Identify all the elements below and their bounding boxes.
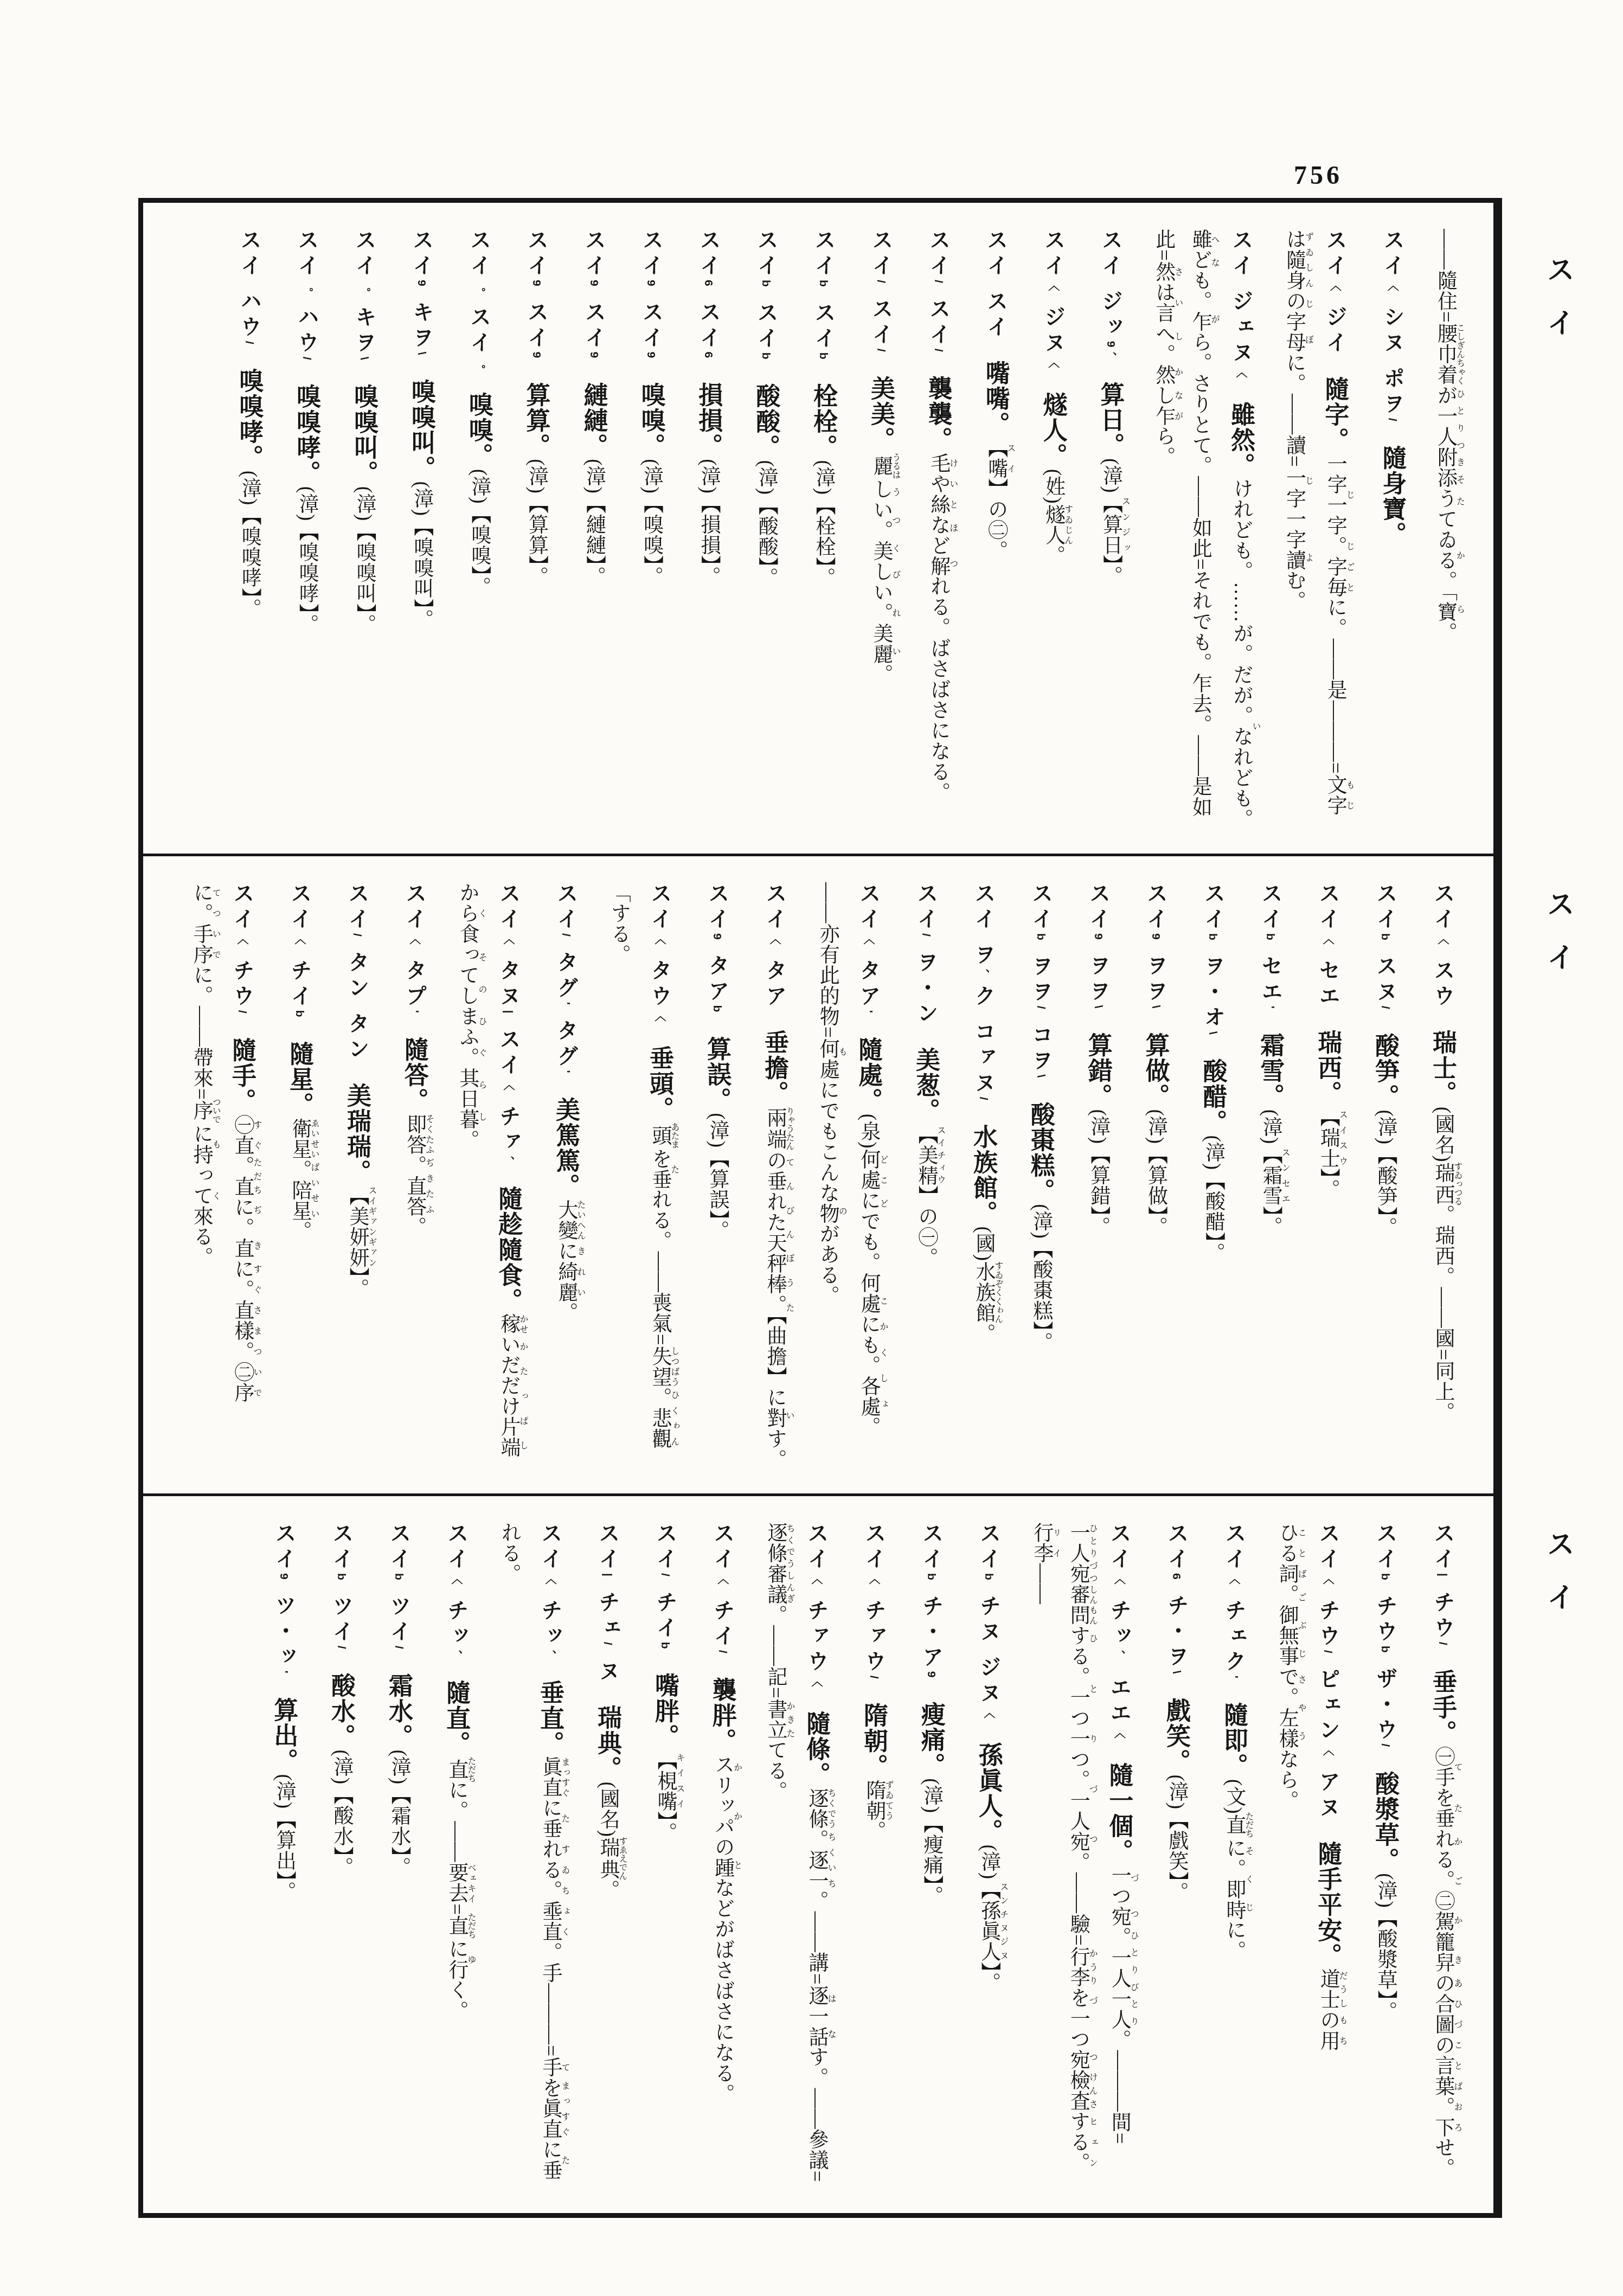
dictionary-entry: スイb スイb 酸酸。(漳)【酸酸】。 bbox=[743, 229, 787, 832]
entry-body: (漳)【損損】。 bbox=[697, 459, 720, 587]
entry-headword: 算出。 bbox=[270, 1698, 297, 1774]
entry-headword: 嗅嗅哮。 bbox=[235, 369, 262, 471]
entry-body: 【瑞士スイスウ】。 bbox=[1317, 1107, 1339, 1200]
entry-headword: 隨手。 bbox=[228, 1038, 255, 1114]
entry-body: (漳)【戲笑】。 bbox=[1165, 1774, 1188, 1902]
entry-reading: スイ/ チイb bbox=[653, 1522, 677, 1653]
entry-headword: 美瑞瑞。 bbox=[343, 1083, 370, 1185]
dictionary-entry: スイ〈 チウ/ 隨手。㊀直すぐ。直ただちに。直ぢきに。直樣すぐさま。㊁序ついでに… bbox=[183, 882, 264, 1472]
entry-headword: 襲胖。 bbox=[709, 1678, 736, 1754]
entry-body: (漳)【酸棗糕】。 bbox=[1030, 1204, 1052, 1352]
band-1: ——隨住=腰巾着こしぎんちゃくが一人附添ひとりつきそうてゐる。「寶たから。スイ〈… bbox=[143, 203, 1493, 854]
entry-reading: スイ〈 チッ、 bbox=[445, 1522, 468, 1660]
entry-body: (漳)【嗅嗅】。 bbox=[640, 459, 662, 587]
dictionary-entry: スイ〈 チイb 隨星。衛星ゑいせい。陪星ばいせい。 bbox=[277, 882, 321, 1472]
entry-headword: 損損。 bbox=[695, 382, 722, 459]
entry-headword: 酸酸。 bbox=[752, 384, 779, 460]
dictionary-entry: スイ〈 ジイ 隨字。一字一字じ。字毎じごとに。——是———=文字もじは隨身ずゐし… bbox=[1275, 229, 1356, 832]
entry-reading: スイ6 チ・ヲ\ bbox=[1165, 1522, 1188, 1678]
dictionary-entry: スイb スイb 栓栓。(漳)【栓栓】。 bbox=[800, 229, 845, 832]
entry-reading: スイb チ・ア9 bbox=[920, 1522, 943, 1682]
content-frame: ——隨住=腰巾着こしぎんちゃくが一人附添ひとりつきそうてゐる。「寶たから。スイ〈… bbox=[138, 198, 1502, 2218]
entry-reading: スイ〈 チェク' bbox=[1222, 1522, 1246, 1683]
dictionary-entry: スイb スヌ/ 酸笋。(漳)【酸笋】。 bbox=[1362, 882, 1407, 1472]
dictionary-page-scan: { "page": { "number": "756", "margin_tab… bbox=[0, 0, 1623, 2296]
dictionary-entry: スイ〈 タヌ| スイ〈 チァ、 隨趁隨食。稼かせいだだけ片端かたっぱしから食くっ… bbox=[449, 882, 530, 1472]
entry-headword: 酸棗糕。 bbox=[1027, 1102, 1054, 1204]
dictionary-entry: スイ〈 シヌ ポヲ/ 隨身寶。 bbox=[1369, 229, 1414, 832]
dictionary-entry: スイ/ スイ/ 美美。麗うるはしい。美うつくしい。美麗びれい。 bbox=[858, 229, 902, 832]
dictionary-entry: スイ/ タン タン 美瑞瑞。【美妍妍スイギァンギァン】。 bbox=[334, 882, 379, 1472]
dictionary-entry: スイ9 スイ9 嗅嗅。(漳)【嗅嗅】。 bbox=[628, 229, 673, 832]
dictionary-entry: スイ/ タグ' タグ' 美篤篤。大變たいへんに綺麗きれい。 bbox=[543, 882, 587, 1472]
entry-headword: 垂頭。 bbox=[646, 1046, 673, 1123]
entry-reading: スイ〈 タア bbox=[763, 882, 786, 1010]
entry-headword: 隨直。 bbox=[442, 1680, 470, 1756]
entry-reading: スイ ハウ/ bbox=[238, 229, 261, 349]
entry-reading: スイ6 スイ6 bbox=[697, 229, 720, 362]
dictionary-entry: スイb ヲ・オ\ 酸醋。(漳)【酸醋】。 bbox=[1190, 882, 1235, 1472]
dictionary-entry: スイ〈 セエ 瑞西。【瑞士スイスウ】。 bbox=[1305, 882, 1349, 1472]
dictionary-entry: スイ| チウ/ 垂手。㊀手てを垂たれる。㊁駕籠舁かごかきの合圖あひづの言葉ことば… bbox=[1420, 1522, 1464, 2189]
entry-body: (漳)【孫眞人スンチヌジヌ】。 bbox=[978, 1845, 1000, 1993]
entry-reading: スイ9 キヲ\ bbox=[410, 229, 433, 359]
entry-reading: スイ〈 チウ/ bbox=[230, 882, 254, 1018]
dictionary-entry: スイ ジッ9、 算日。(漳)【算日スンジッ】。 bbox=[1088, 229, 1132, 832]
entry-body: スリッパの踵かかとなどがばさばさになる。 bbox=[711, 1754, 734, 2105]
dictionary-entry: スイb ヲヲ/ コヲ\ 酸棗糕。(漳)【酸棗糕】。 bbox=[1018, 882, 1062, 1472]
dictionary-entry: スイ〈 タア' 隨處。(泉)何處どこにでも。何處どこにも。各處かくしょ。——亦有… bbox=[809, 882, 890, 1472]
entry-headword: 隨即。 bbox=[1220, 1703, 1247, 1779]
band-2: スイ〈 スウ 瑞士。(國名)瑞西すゐっつる。瑞西。——國=同上。スイb スヌ/ … bbox=[143, 854, 1493, 1493]
entry-headword: 美篤篤。 bbox=[552, 1098, 579, 1200]
entry-reading: スイb スイb bbox=[812, 229, 835, 364]
dictionary-entry: スイ〈 チッ、 垂直。眞直まっすぐに垂たれる。埀直すゐちょく。手———=手てを眞… bbox=[491, 1522, 572, 2189]
dictionary-entry: スイ9 ヲヲ\ 算錯。(漳)【算錯】。 bbox=[1075, 882, 1120, 1472]
dictionary-entry: スイ6 スイ6 損損。(漳)【損損】。 bbox=[685, 229, 730, 832]
entry-reading: スイ゜ ハウ/ bbox=[295, 229, 318, 364]
entry-body: (漳)【酸醋】。 bbox=[1202, 1136, 1224, 1264]
entry-reading: スイ〈 ジイ bbox=[1323, 229, 1346, 357]
entry-reading: スイ〈 チウ/ ピェン〈 アヌ bbox=[1316, 1522, 1339, 1821]
entry-body: 隋朝ずゐてう。 bbox=[863, 1780, 885, 1842]
entry-body: 【美妍妍スイギァンギァン】。 bbox=[346, 1185, 368, 1299]
entry-reading: スイ〈 タウ〈 bbox=[648, 882, 671, 1026]
entry-body: 大變たいへんに綺麗きれい。 bbox=[555, 1200, 577, 1323]
dictionary-entry: ——隨住=腰巾着こしぎんちゃくが一人附添ひとりつきそうてゐる。「寶たから。 bbox=[1427, 229, 1464, 832]
entry-body: 麗うるはしい。美うつくしい。美麗びれい。 bbox=[870, 453, 892, 685]
margin-tab-label: スイ bbox=[1538, 889, 1579, 996]
dictionary-entry: スイ〈 チェク' 隨即。(文)直ただちに。即時そくじに。 bbox=[1211, 1522, 1255, 2189]
dictionary-entry: スイb チ・ア9 瘦痛。(漳)【瘦痛】。 bbox=[908, 1522, 953, 2189]
dictionary-entry: スイ9 ツ・ッ' 算出。(漳)【算出】。 bbox=[261, 1522, 305, 2189]
dictionary-entry: スイ9 スイ9 縺縺。(漳)【縺縺】。 bbox=[571, 229, 615, 832]
entry-reading: スイ〈 チッ、 エエ〈 bbox=[1107, 1522, 1131, 1743]
entry-headword: 霜水。 bbox=[385, 1673, 412, 1750]
entry-headword: 算錯。 bbox=[1085, 1032, 1112, 1109]
dictionary-entry: スイ゜ ハウ/ 嗅嗅哮。(漳)【嗅嗅哮】。 bbox=[284, 229, 328, 832]
dictionary-entry: スイb ツイ/ 酸水。(漳)【酸水】。 bbox=[318, 1522, 363, 2189]
dictionary-entry: スイ〈 タア 垂擔。兩端りゃうたんの垂れた天秤棒てんびんぼう。【曲擔】に對たいす… bbox=[752, 882, 796, 1472]
entry-body: (漳)【算日スンジッ】。 bbox=[1100, 458, 1122, 586]
margin-tab-label: スイ bbox=[1538, 1529, 1579, 1636]
entry-body: (漳)【栓栓】。 bbox=[812, 460, 835, 588]
entry-headword: 隨星。 bbox=[286, 1042, 313, 1118]
dictionary-entry: スイ ジェヌ〈 雖然。けれども。……が。だが。なれども。雖いへども。乍ながら。さ… bbox=[1145, 229, 1263, 832]
entry-headword: 燧人。 bbox=[1040, 393, 1067, 469]
entry-reading: スイ〈 タア' bbox=[857, 882, 880, 1017]
dictionary-entry: スイ〈 チイ/ 襲胖。スリッパの踵かかとなどがばさばさになる。 bbox=[700, 1522, 744, 2189]
entry-reading: スイ〈 チァウ/ bbox=[862, 1522, 886, 1683]
dictionary-entry: スイ/ チイb 嘴胖。【梘嘴キイスイ】。 bbox=[642, 1522, 687, 2189]
entry-reading: スイ〈 シヌ ポヲ/ bbox=[1381, 229, 1404, 426]
entry-reading: スイ ジッ9、 bbox=[1099, 229, 1122, 362]
entry-headword: 嗅嗅叫。 bbox=[350, 384, 377, 486]
entry-body: (漳)【酸笋】。 bbox=[1374, 1110, 1396, 1238]
entry-reading: スイ/ スイ/ bbox=[927, 229, 950, 356]
dictionary-entry: スイ9 スイ9 算算。(漳)【算算】。 bbox=[514, 229, 558, 832]
dictionary-entry: スイ/ ヲ・ン 美葱。【美精スイチィウ】の㊀。 bbox=[903, 882, 947, 1472]
entry-reading: スイ9 スイ9 bbox=[582, 229, 606, 362]
entry-reading: スイ/ タグ' タグ' bbox=[554, 882, 578, 1078]
entry-body: (漳)【酸酸】。 bbox=[755, 460, 777, 588]
entry-headword: 嗅嗅。 bbox=[465, 393, 492, 469]
entry-reading: スイ〈 タプ' bbox=[403, 882, 426, 1017]
dictionary-entry: スイ゜ キヲ\ 嗅嗅叫。(漳)【嗅嗅叫】。 bbox=[341, 229, 386, 832]
dictionary-entry: スイ〈 チッ、 隨直。直ただちに。——要去ベェキイ=直ただちに行ゆく。 bbox=[433, 1522, 478, 2189]
entry-body: 衛星ゑいせい。陪星ばいせい。 bbox=[288, 1118, 311, 1242]
entry-headword: 雖然。 bbox=[1227, 402, 1254, 479]
entry-headword: 隋朝。 bbox=[860, 1703, 887, 1780]
entry-body: (文)直ただちに。即時そくじに。 bbox=[1223, 1779, 1245, 1961]
dictionary-entry: スイ〈 タプ' 隨答。即答そくたふ。直答ぢきたふ。 bbox=[392, 882, 436, 1472]
entry-headword: 算算。 bbox=[523, 382, 550, 459]
entry-headword: 酸笋。 bbox=[1371, 1034, 1399, 1110]
entry-headword: 隨字。 bbox=[1321, 377, 1348, 453]
entry-reading: スイb セエ' bbox=[1259, 882, 1282, 1013]
entry-body: (國)水族館すゐぞくくゎん。 bbox=[972, 1227, 995, 1344]
entry-headword: 垂直。 bbox=[536, 1680, 563, 1756]
dictionary-entry: スイ ハウ/ 嗅嗅哮。(漳)【嗅嗅哮】。 bbox=[226, 229, 271, 832]
entry-reading: スイ9 ヲヲ\ bbox=[1087, 882, 1110, 1012]
entry-body: (漳)【嗅嗅叫】。 bbox=[353, 486, 375, 635]
entry-body: (漳)【霜雪スンセエ】。 bbox=[1259, 1109, 1281, 1237]
entry-headword: 垂擔。 bbox=[761, 1030, 788, 1107]
entry-body: 毛けや絲いとなど解ほつれる。ばさばさになる。 bbox=[927, 453, 950, 803]
entry-body: (漳)【算誤】。 bbox=[706, 1113, 728, 1241]
entry-reading: スイ9 ヲヲ\ bbox=[1144, 882, 1167, 1012]
entry-reading: スイ〈 チイb bbox=[288, 882, 311, 1022]
entry-headword: 嗅嗅哮。 bbox=[293, 384, 320, 486]
entry-reading: スイ〈 タヌ| スイ〈 チァ、 bbox=[497, 882, 520, 1166]
entry-headword: 隨條。 bbox=[803, 1711, 830, 1788]
entry-reading: スイ スイ bbox=[984, 229, 1008, 341]
dictionary-entry: スイ〈 チァウ〈 隨條。逐條ちくでう。逐一ちくいち。——講=逐一話はなす。——參… bbox=[757, 1522, 838, 2189]
entry-body: 【嘴スイ】の㊁。 bbox=[985, 438, 1007, 561]
entry-body: (姓)燧人すゐじん。 bbox=[1042, 469, 1064, 566]
entry-reading: スイ ジェヌ〈 bbox=[1229, 229, 1253, 382]
entry-reading: スイ〈 ジヌ〈 bbox=[1042, 229, 1065, 373]
dictionary-entry: スイ〈 スウ 瑞士。(國名)瑞西すゐっつる。瑞西。——國=同上。 bbox=[1420, 882, 1464, 1472]
entry-reading: スイ〈 スウ bbox=[1431, 882, 1454, 1010]
dictionary-entry: スイ ヲ、ク コァヌ/ 水族館。(國)水族館すゐぞくくゎん。 bbox=[960, 882, 1005, 1472]
entry-headword: 算做。 bbox=[1142, 1032, 1169, 1109]
dictionary-entry: スイ〈 チウ/ ピェン〈 アヌ 隨手平安。道士だうしの用もちひる詞ことば。御無事… bbox=[1268, 1522, 1349, 2189]
entry-headword: 酸醋。 bbox=[1199, 1059, 1226, 1136]
entry-reading: スイb ツイ/ bbox=[387, 1522, 410, 1653]
dictionary-entry: スイ スイ 嘴嘴。【嘴スイ】の㊁。 bbox=[973, 229, 1017, 832]
entry-reading: スイ〈 チァウ〈 bbox=[805, 1522, 828, 1691]
entry-body: (漳)【算算】。 bbox=[525, 459, 548, 587]
dictionary-entry: スイ゜ スイ゜ 嗅嗅。(漳)【嗅嗅】。 bbox=[456, 229, 501, 832]
entry-reading: スイ| チウ/ bbox=[1431, 1522, 1454, 1650]
entry-headword: 瑞士。 bbox=[1429, 1030, 1456, 1107]
entry-reading: スイb スヌ/ bbox=[1374, 882, 1397, 1014]
entry-body: (漳)【算錯】。 bbox=[1087, 1109, 1109, 1237]
entry-body: (漳)【瘦痛】。 bbox=[920, 1778, 942, 1906]
entry-reading: スイ゜ スイ゜ bbox=[467, 229, 491, 373]
entry-headword: 美美。 bbox=[867, 376, 894, 453]
entry-reading: スイ/ ヲ・ン bbox=[914, 882, 938, 1028]
entry-reading: スイ9 スイ9 bbox=[525, 229, 548, 362]
entry-headword: 嘴胖。 bbox=[651, 1673, 678, 1750]
dictionary-entry: スイ9 キヲ\ 嗅嗅叫。(漳)【嗅嗅叫】。 bbox=[399, 229, 443, 832]
entry-headword: 嗅嗅叫。 bbox=[408, 379, 435, 481]
entry-body: (漳)【嗅嗅】。 bbox=[468, 469, 490, 597]
entry-headword: 瑞典。 bbox=[594, 1705, 621, 1781]
dictionary-entry: スイ9 ヲヲ\ 算做。(漳)【算做】。 bbox=[1133, 882, 1177, 1472]
entry-body: (漳)【酸漿草】。 bbox=[1374, 1873, 1396, 2022]
entry-body: (漳)【嗅嗅哮】。 bbox=[238, 471, 260, 619]
entry-headword: 瑞西。 bbox=[1314, 1030, 1341, 1107]
entry-headword: 瘦痛。 bbox=[918, 1702, 945, 1778]
dictionary-entry: スイ〈 ジヌ〈 燧人。(姓)燧人すゐじん。 bbox=[1030, 229, 1075, 832]
entry-body: ㊀手てを垂たれる。㊁駕籠舁かごかきの合圖あひづの言葉ことば。下おろせ。 bbox=[1432, 1746, 1454, 2179]
entry-headword: 隨一個。 bbox=[1105, 1763, 1132, 1865]
entry-body: 直ただちに。——要去ベェキイ=直ただちに行ゆく。 bbox=[445, 1756, 467, 2021]
entry-body: (漳)【縺縺】。 bbox=[583, 459, 605, 587]
dictionary-entry: スイ〈 チッ、 エエ〈 隨一個。一つ宛づつ。一人一人ひとりびとり。———間=一人… bbox=[1023, 1522, 1141, 2189]
entry-headword: 酸漿草。 bbox=[1371, 1771, 1399, 1873]
dictionary-entry: スイb チウb ザ・ウ/ 酸漿草。(漳)【酸漿草】。 bbox=[1362, 1522, 1407, 2189]
entry-headword: 垂手。 bbox=[1429, 1670, 1456, 1746]
entry-reading: スイ〈 セエ bbox=[1316, 882, 1339, 1010]
entry-body: (國名)瑞典すゑえでん。 bbox=[596, 1781, 619, 1900]
entry-headword: 隨身寶。 bbox=[1378, 446, 1406, 548]
entry-reading: スイ9 タアb bbox=[705, 882, 729, 1016]
entry-headword: 隨處。 bbox=[855, 1037, 882, 1114]
entry-headword: 美葱。 bbox=[912, 1048, 939, 1124]
entry-reading: スイb チウb ザ・ウ/ bbox=[1374, 1522, 1397, 1751]
entry-headword: 霜雪。 bbox=[1256, 1033, 1284, 1109]
entry-reading: スイ ヲ、ク コァヌ/ bbox=[972, 882, 995, 1105]
dictionary-entry: スイb チヌ ジヌ〈 孫眞人。(漳)【孫眞人スンチヌジヌ】。 bbox=[966, 1522, 1010, 2189]
entry-headword: 孫眞人。 bbox=[975, 1743, 1002, 1845]
entry-reading: スイ| チェ/ ヌ bbox=[596, 1522, 619, 1685]
entry-body: (漳)【嗅嗅叫】。 bbox=[410, 481, 433, 630]
dictionary-entry: スイ6 チ・ヲ\ 戲笑。(漳)【戲笑】。 bbox=[1153, 1522, 1198, 2189]
dictionary-entry: スイ〈 チァウ/ 隋朝。隋朝ずゐてう。 bbox=[851, 1522, 895, 2189]
entry-reading: スイb スイb bbox=[754, 229, 778, 364]
entry-body: (漳)【酸水】。 bbox=[330, 1750, 352, 1878]
entry-body: (漳)【霜水】。 bbox=[388, 1750, 410, 1878]
entry-headword: 酸水。 bbox=[328, 1673, 355, 1750]
entry-headword: 隨答。 bbox=[401, 1037, 428, 1114]
dictionary-entry: スイb ツイ/ 霜水。(漳)【霜水】。 bbox=[376, 1522, 420, 2189]
entry-reading: スイb ヲ・オ\ bbox=[1201, 882, 1224, 1039]
dictionary-entry: スイb セエ' 霜雪。(漳)【霜雪スンセエ】。 bbox=[1247, 882, 1292, 1472]
dictionary-entry: スイ/ スイ/ 襲襲。毛けや絲いとなど解ほつれる。ばさばさになる。 bbox=[915, 229, 960, 832]
entry-headword: 栓栓。 bbox=[810, 384, 837, 460]
dictionary-entry: スイ| チェ/ ヌ 瑞典。(國名)瑞典すゑえでん。 bbox=[585, 1522, 629, 2189]
entry-headword: 嘴嘴。 bbox=[982, 361, 1009, 438]
entry-headword: 嗅嗅。 bbox=[637, 382, 664, 459]
entry-headword: 縺縺。 bbox=[580, 382, 607, 459]
entry-headword: 算日。 bbox=[1097, 382, 1124, 458]
entry-reading: スイb ツイ/ bbox=[330, 1522, 353, 1653]
entry-body: (漳)【嗅嗅哮】。 bbox=[296, 486, 318, 635]
entry-reading: スイb ヲヲ/ コヲ\ bbox=[1029, 882, 1053, 1082]
page-number: 756 bbox=[1294, 161, 1343, 190]
entry-headword: 水族館。 bbox=[970, 1125, 997, 1227]
margin-tab-label: スイ bbox=[1538, 255, 1579, 361]
entry-reading: スイ〈 チッ、 bbox=[538, 1522, 562, 1660]
entry-body: (國名)瑞西すゐっつる。瑞西。——國=同上。 bbox=[1432, 1107, 1454, 1423]
entry-headword: 隨手平安。 bbox=[1314, 1841, 1341, 1968]
entry-body: 兩端りゃうたんの垂れた天秤棒てんびんぼう。【曲擔】に對たいす。 bbox=[764, 1107, 786, 1470]
band-3: スイ| チウ/ 垂手。㊀手てを垂たれる。㊁駕籠舁かごかきの合圖あひづの言葉ことば… bbox=[143, 1493, 1493, 2210]
entry-headword: 襲襲。 bbox=[925, 376, 952, 453]
entry-reading: スイ/ タン タン bbox=[345, 882, 369, 1063]
entry-headword: 戲笑。 bbox=[1163, 1698, 1190, 1774]
entry-body: ——隨住=腰巾着こしぎんちゃくが一人附添ひとりつきそうてゐる。「寶たから。 bbox=[1434, 229, 1457, 643]
entry-body: (漳)【算做】。 bbox=[1145, 1109, 1167, 1237]
entry-body: 【美精スイチィウ】の㊀。 bbox=[915, 1124, 937, 1268]
entry-reading: スイ9 ツ・ッ' bbox=[272, 1522, 296, 1678]
entry-body: 【梘嘴キイスイ】。 bbox=[654, 1750, 676, 1843]
entry-reading: スイ9 スイ9 bbox=[639, 229, 663, 362]
entry-reading: スイ/ スイ/ bbox=[869, 229, 893, 356]
dictionary-entry: スイ9 タアb 算誤。(漳)【算誤】。 bbox=[694, 882, 739, 1472]
entry-headword: 隨趁隨食。 bbox=[495, 1186, 522, 1313]
entry-headword: 算誤。 bbox=[703, 1036, 730, 1113]
entry-reading: スイ゜ キヲ\ bbox=[352, 229, 376, 364]
entry-reading: スイ〈 チイ/ bbox=[711, 1522, 734, 1658]
dictionary-entry: スイ〈 タウ〈 垂頭。頭あたまを垂たれる。——喪氣=失望しつばう。悲觀ひくゎん「… bbox=[600, 882, 681, 1472]
entry-body: (漳)【算出】。 bbox=[273, 1774, 295, 1902]
entry-body: 即答そくたふ。直答ぢきたふ。 bbox=[403, 1114, 426, 1237]
entry-reading: スイb チヌ ジヌ〈 bbox=[977, 1522, 1000, 1723]
